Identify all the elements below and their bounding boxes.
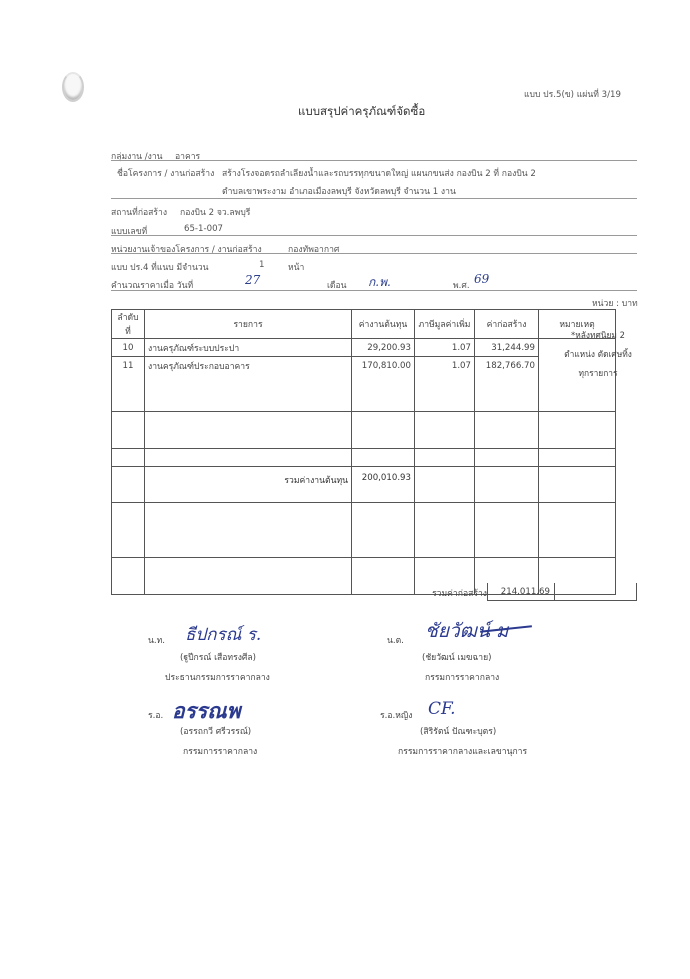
pr4-label: แบบ ปร.4 ที่แนบ มีจำนวน: [111, 260, 209, 274]
handwritten-signature: CF.: [428, 699, 456, 719]
site-value: กองบิน 2 จว.ลพบุรี: [180, 205, 250, 219]
header-cost: ค่างานต้นทุน: [352, 310, 415, 339]
form-code: แบบ ปร.5(ข) แผ่นที่ 3/19: [524, 87, 621, 101]
subtotal-value: 200,010.93: [352, 467, 415, 503]
header-item: รายการ: [145, 310, 352, 339]
document-title: แบบสรุปค่าครุภัณฑ์จัดซื้อ: [298, 103, 425, 121]
header-no: ลำดับที่: [112, 310, 145, 339]
signer-name: (สิริรัตน์ ปัณฑะบุตร): [420, 724, 496, 738]
signer-rank: น.ท.: [148, 633, 165, 647]
table-header-row: ลำดับที่ รายการ ค่างานต้นทุน ภาษีมูลค่าเ…: [112, 310, 616, 339]
pr4-count: 1: [259, 260, 264, 270]
signer-rank: น.ต.: [387, 633, 404, 647]
grand-total-value: 214,011.69: [487, 583, 555, 601]
divider: [111, 198, 637, 199]
signer-role: ประธานกรรมการราคากลาง: [165, 670, 270, 684]
project-value-line2: ตำบลเขาพระงาม อำเภอเมืองลพบุรี จังหวัดลพ…: [222, 184, 456, 198]
signer-rank: ร.อ.: [148, 708, 163, 722]
signer-name: (ฐูปีกรณ์ เสือทรงศีล): [180, 650, 256, 664]
row-item: งานครุภัณฑ์ประกอบอาคาร: [145, 357, 352, 375]
calc-day-handwritten: 27: [245, 273, 260, 287]
signer-name: (อรรถกวี ศรีวรรณ์): [180, 724, 251, 738]
header-vat: ภาษีมูลค่าเพิ่ม: [415, 310, 475, 339]
project-label: ชื่อโครงการ / งานก่อสร้าง: [117, 166, 214, 180]
handwritten-signature: ธีปกรณ์ ร.: [185, 621, 261, 648]
signer-rank: ร.อ.หญิง: [380, 708, 412, 722]
table-row-empty: [112, 412, 616, 449]
subtotal-label: รวมค่างานต้นทุน: [145, 467, 352, 503]
grand-total-label: รวมค่าก่อสร้าง: [370, 586, 487, 600]
remark-text: *หลังทศนิยม 2 ตำแหน่ง ตัดเศษทิ้งทุกรายกา…: [560, 326, 636, 383]
site-label: สถานที่ก่อสร้าง: [111, 205, 167, 219]
unit-note: หน่วย : บาท: [592, 296, 638, 310]
divider: [111, 290, 637, 291]
row-total: 182,766.70: [475, 357, 539, 375]
divider: [111, 253, 637, 254]
grand-total-remark-box: [555, 583, 637, 601]
signer-role: กรรมการราคากลาง: [425, 670, 499, 684]
row-cost: 29,200.93: [352, 339, 415, 357]
row-no: 11: [112, 357, 145, 375]
signer-name: (ชัยวัฒน์ เมฆฉาย): [422, 650, 491, 664]
header-total: ค่าก่อสร้าง: [475, 310, 539, 339]
signer-role: กรรมการราคากลางและเลขานุการ: [398, 744, 527, 758]
plan-no-value: 65-1-007: [184, 224, 223, 234]
table-row-empty: [112, 503, 616, 558]
subtotal-row: รวมค่างานต้นทุน 200,010.93: [112, 467, 616, 503]
row-vat: 1.07: [415, 357, 475, 375]
row-total: 31,244.99: [475, 339, 539, 357]
row-no: 10: [112, 339, 145, 357]
row-item: งานครุภัณฑ์ระบบประปา: [145, 339, 352, 357]
row-cost: 170,810.00: [352, 357, 415, 375]
table-row-empty: [112, 449, 616, 467]
divider: [111, 235, 637, 236]
table-row: 10 งานครุภัณฑ์ระบบประปา 29,200.93 1.07 3…: [112, 339, 616, 357]
cost-summary-table: ลำดับที่ รายการ ค่างานต้นทุน ภาษีมูลค่าเ…: [111, 309, 616, 595]
project-value-line1: สร้างโรงจอดรถลำเลียงน้ำและรถบรรทุกขนาดให…: [222, 166, 536, 180]
divider: [111, 160, 637, 161]
signer-role: กรรมการราคากลาง: [183, 744, 257, 758]
punch-hole-mark: [62, 72, 84, 102]
row-vat: 1.07: [415, 339, 475, 357]
calc-year-handwritten: 69: [474, 272, 489, 286]
pr4-unit: หน้า: [288, 260, 304, 274]
